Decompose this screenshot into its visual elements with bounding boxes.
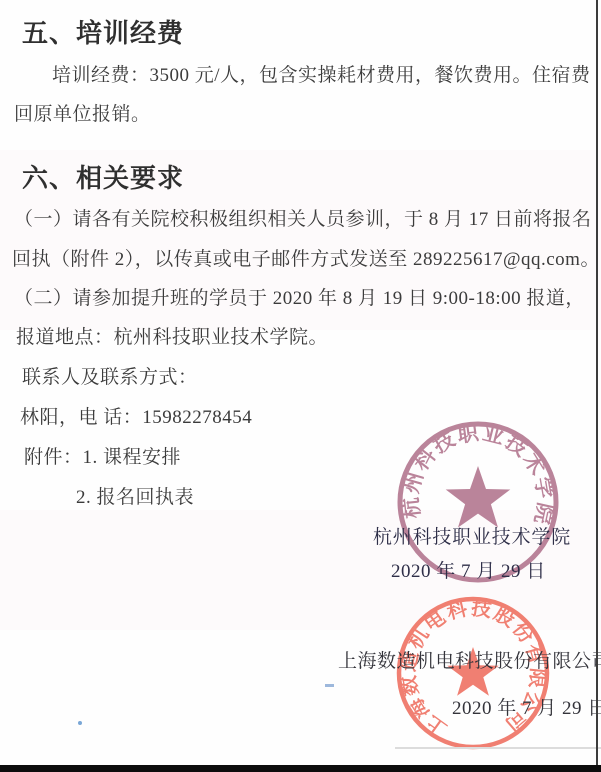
scan-faint-line <box>395 747 601 749</box>
funding-line-2: 回原单位报销。 <box>14 99 151 126</box>
scan-edge-right <box>596 0 598 766</box>
funding-line-1: 培训经费：3500 元/人，包含实操耗材费用，餐饮费用。住宿费 <box>52 60 591 87</box>
attachments-line-1: 附件：1. 课程安排 <box>24 442 181 469</box>
section-heading-requirements: 六、相关要求 <box>22 158 184 195</box>
company-official-seal: 上海数造机电科技股份有限公司 <box>391 594 555 758</box>
school-signature-date: 2020 年 7 月 29 日 <box>391 556 546 583</box>
contact-label: 联系人及联系方式： <box>22 362 198 389</box>
scan-speck <box>78 721 82 725</box>
requirement-item2-line2: 报道地点：杭州科技职业技术学院。 <box>16 322 328 349</box>
attachments-line-2: 2. 报名回执表 <box>76 482 194 509</box>
contact-phone: 林阳，电 话：15982278454 <box>20 402 252 429</box>
school-signature-name: 杭州科技职业技术学院 <box>373 522 571 549</box>
scan-bottom-bar <box>0 765 601 772</box>
document-page: 五、培训经费 培训经费：3500 元/人，包含实操耗材费用，餐饮费用。住宿费 回… <box>0 0 601 772</box>
section-heading-funding: 五、培训经费 <box>22 13 184 50</box>
scan-speck <box>325 684 334 687</box>
company-signature-name: 上海数造机电科技股份有限公司 <box>338 646 601 673</box>
company-signature-date: 2020 年 7 月 29 日 <box>452 693 601 720</box>
requirement-item2-line1: （二）请参加提升班的学员于 2020 年 8 月 19 日 9:00-18:00… <box>14 283 585 310</box>
seal-star-icon <box>446 466 511 528</box>
requirement-item1-line2: 回执（附件 2），以传真或电子邮件方式发送至 289225617@qq.com。 <box>12 244 600 271</box>
requirement-item1-line1: （一）请各有关院校积极组织相关人员参训，于 8 月 17 日前将报名 <box>14 204 592 231</box>
